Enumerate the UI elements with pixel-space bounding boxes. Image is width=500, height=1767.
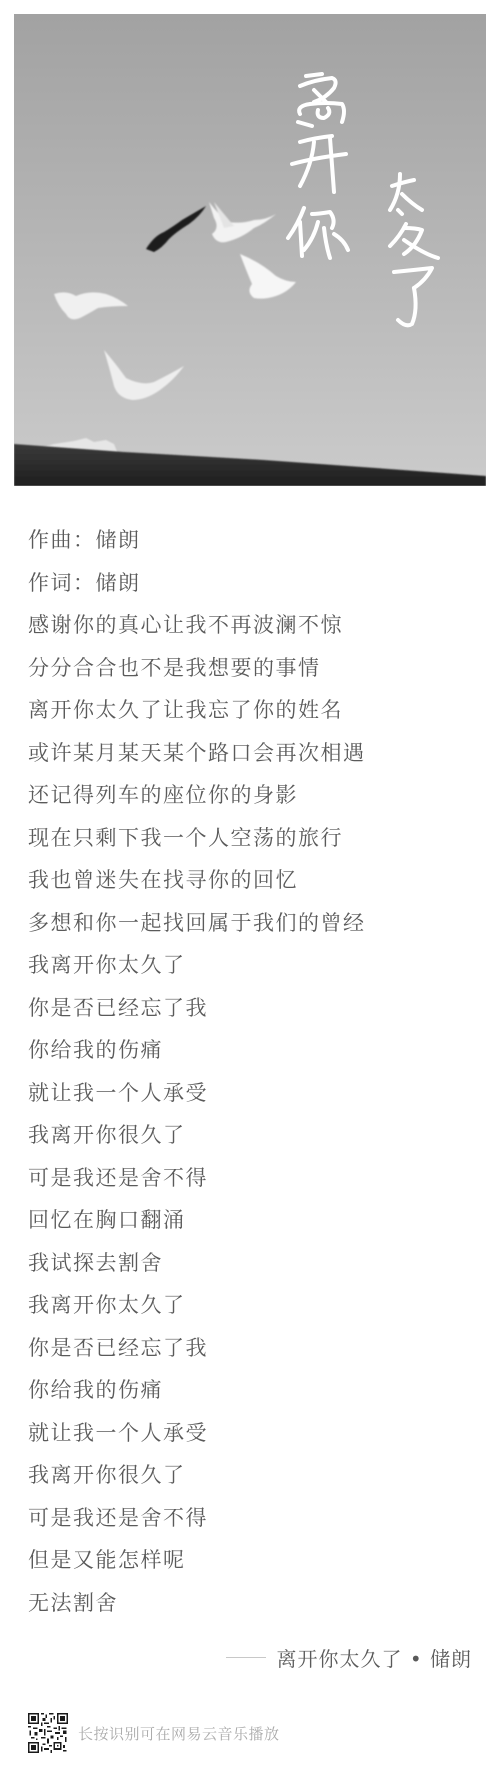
cover-art [14,14,486,486]
lyric-line: 就让我一个人承受 [28,1412,478,1455]
lyric-credit-lyricist: 作词：储朗 [28,562,478,605]
lyric-line: 感谢你的真心让我不再波澜不惊 [28,604,478,647]
lyrics-list: 作曲：储朗 作词：储朗 感谢你的真心让我不再波澜不惊 分分合合也不是我想要的事情… [28,519,478,1624]
lyric-line: 我离开你很久了 [28,1454,478,1497]
lyric-line: 我离开你太久了 [28,1284,478,1327]
lyric-line: 现在只剩下我一个人空荡的旅行 [28,817,478,860]
lyric-line: 你给我的伤痛 [28,1029,478,1072]
song-attribution: 离开你太久了 • 储朗 [226,1640,472,1674]
lyric-line: 我试探去割舍 [28,1242,478,1285]
album-cover [14,14,486,486]
lyric-line: 你是否已经忘了我 [28,987,478,1030]
lyric-line: 离开你太久了让我忘了你的姓名 [28,689,478,732]
lyric-line: 无法割舍 [28,1582,478,1625]
lyric-line: 你是否已经忘了我 [28,1327,478,1370]
lyric-line: 你给我的伤痛 [28,1369,478,1412]
lyric-line: 可是我还是舍不得 [28,1497,478,1540]
lyric-line: 但是又能怎样呢 [28,1539,478,1582]
lyric-line: 可是我还是舍不得 [28,1157,478,1200]
lyric-line: 分分合合也不是我想要的事情 [28,647,478,690]
lyric-credit-composer: 作曲：储朗 [28,519,478,562]
lyric-line: 回忆在胸口翻涌 [28,1199,478,1242]
open-in-app-hint: 长按识别可在网易云音乐播放 [78,1723,280,1744]
lyric-line: 或许某月某天某个路口会再次相遇 [28,732,478,775]
lyric-line: 还记得列车的座位你的身影 [28,774,478,817]
share-footer: 长按识别可在网易云音乐播放 [28,1713,280,1753]
lyric-line: 我离开你太久了 [28,944,478,987]
lyric-line: 就让我一个人承受 [28,1072,478,1115]
song-and-artist: 离开你太久了 • 储朗 [276,1643,472,1672]
qr-code-icon[interactable] [28,1713,68,1753]
lyric-line: 我离开你很久了 [28,1114,478,1157]
lyric-line: 多想和你一起找回属于我们的曾经 [28,902,478,945]
lyric-line: 我也曾迷失在找寻你的回忆 [28,859,478,902]
dash-divider [226,1657,266,1658]
